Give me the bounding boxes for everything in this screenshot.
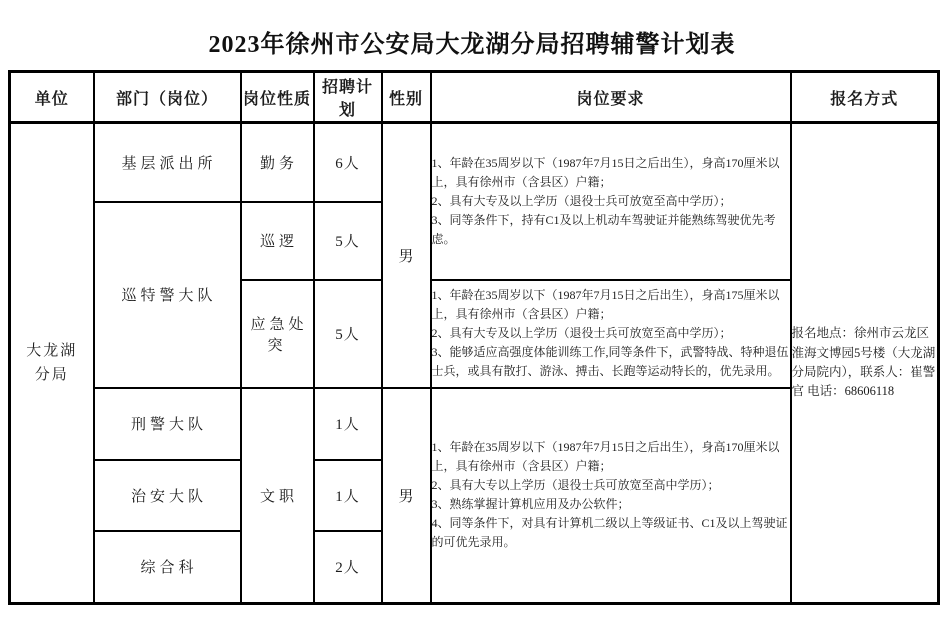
table-header-row: 单位 部门（岗位） 岗位性质 招聘计划 性别 岗位要求 报名方式 [10,72,939,123]
header-requirements: 岗位要求 [431,72,791,123]
cell-plan-public-order: 1人 [314,460,382,531]
cell-plan-duty: 6人 [314,123,382,202]
cell-nature-emergency-response: 应急处突 [241,280,314,388]
cell-unit: 大龙湖 分局 [10,123,94,604]
cell-requirements-block1: 1、年龄在35周岁以下（1987年7月15日之后出生），身高170厘米以上，具有… [431,123,791,280]
document-title: 2023年徐州市公安局大龙湖分局招聘辅警计划表 [0,24,944,59]
header-job-nature: 岗位性质 [241,72,314,123]
cell-gender-top: 男 [382,123,431,388]
cell-requirements-block3: 1、年龄在35周岁以下（1987年7月15日之后出生），身高170厘米以上，具有… [431,388,791,604]
cell-dept-general-affairs-section: 综合科 [94,531,241,604]
header-registration: 报名方式 [791,72,939,123]
header-unit: 单位 [10,72,94,123]
cell-nature-clerical: 文职 [241,388,314,604]
cell-requirements-block2: 1、年龄在35周岁以下（1987年7月15日之后出生），身高175厘米以上，具有… [431,280,791,388]
cell-gender-bottom: 男 [382,388,431,604]
header-recruit-plan: 招聘计划 [314,72,382,123]
recruitment-plan-table: 单位 部门（岗位） 岗位性质 招聘计划 性别 岗位要求 报名方式 大龙湖 分局 … [8,70,940,605]
cell-dept-public-order-brigade: 治安大队 [94,460,241,531]
header-gender: 性别 [382,72,431,123]
cell-dept-grassroots-station: 基层派出所 [94,123,241,202]
cell-nature-duty: 勤务 [241,123,314,202]
cell-dept-criminal-police-brigade: 刑警大队 [94,388,241,460]
table-row-duty: 大龙湖 分局 基层派出所 勤务 6人 男 1、年龄在35周岁以下（1987年7月… [10,123,939,202]
cell-nature-patrol: 巡逻 [241,202,314,280]
cell-plan-criminal: 1人 [314,388,382,460]
cell-registration-info: 报名地点：徐州市云龙区淮海文博园5号楼（大龙湖分局院内），联系人：崔警官 电话：… [791,123,939,604]
header-department: 部门（岗位） [94,72,241,123]
cell-dept-patrol-swat-brigade: 巡特警大队 [94,202,241,388]
cell-plan-emergency: 5人 [314,280,382,388]
cell-plan-patrol: 5人 [314,202,382,280]
document-page: 2023年徐州市公安局大龙湖分局招聘辅警计划表 单位 部门（岗位） 岗位性质 招… [0,0,944,626]
cell-plan-general: 2人 [314,531,382,604]
